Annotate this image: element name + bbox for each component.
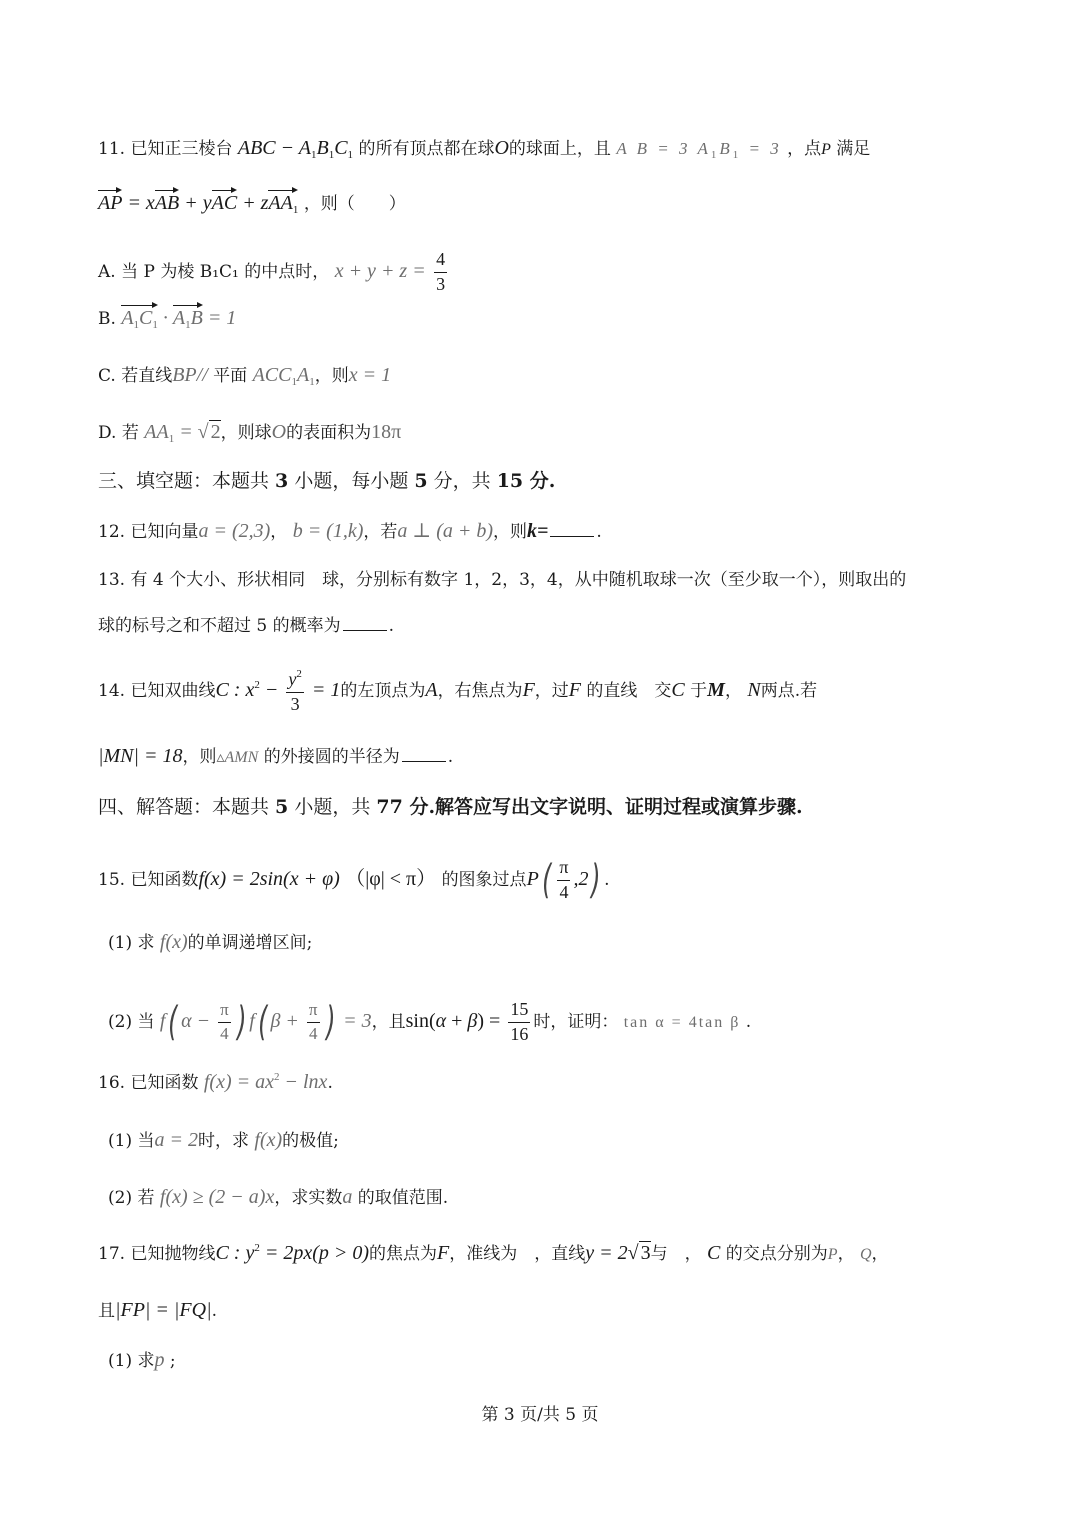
math: a = (2,3) (198, 520, 270, 542)
length-condition: A B = 3 A1B1 = 3 (616, 139, 781, 158)
question-number: 14. (98, 681, 125, 701)
question-11-stem: 11. 已知正三棱台 ABC − A1B1C1 的所有顶点都在球O的球面上，且 … (98, 138, 870, 161)
math: f(x) = 2sin(x + φ) (198, 868, 339, 890)
text: 两点.若 (761, 681, 817, 701)
text: . (604, 870, 609, 890)
math: f(x) ≥ (2 − a)x (160, 1186, 274, 1208)
math: f(x) (254, 1129, 282, 1151)
part-label: (1) (108, 933, 132, 953)
math: |FP| = |FQ| (115, 1299, 212, 1321)
question-12: 12. 已知向量a = (2,3)， b = (1,k)，若a ⊥ (a + b… (98, 521, 602, 541)
text: 求 (138, 1351, 155, 1371)
question-13-line-1: 13. 有 4 个大小、形状相同 球，分别标有数字 1，2，3，4，从中随机取球… (98, 572, 906, 589)
question-number: 12. (98, 522, 125, 542)
math: f(α − π4)f(β + π4) = 3 (160, 1010, 372, 1032)
text: 已知向量 (130, 522, 198, 542)
line-equation: y = 2√3 (585, 1241, 650, 1264)
option-label: D. (98, 423, 116, 443)
total: 15 (497, 470, 523, 492)
point-math: P(π4,2) (527, 868, 605, 890)
question-13-line-2: 球的标号之和不超过 5 的概率为. (98, 618, 394, 635)
math: p (155, 1349, 165, 1371)
question-14-line-1: 14. 已知双曲线C : x2 − y23 = 1的左顶点为A，右焦点为F，过F… (98, 668, 817, 715)
math: N (747, 679, 760, 701)
question-16-part-2: (2) 若 f(x) ≥ (2 − a)x，求实数a 的取值范围. (108, 1187, 448, 1207)
math: f(x) (160, 931, 188, 953)
math: ACC1A1 (253, 364, 315, 386)
text: . (212, 1301, 217, 1321)
math: C (671, 679, 684, 701)
text: 的所有顶点都在球 (358, 139, 494, 159)
text: ，若 (363, 522, 397, 542)
text: 于 (690, 681, 707, 701)
option-label: C. (98, 366, 116, 386)
text: 小题，每小题 (288, 470, 414, 492)
math: M (707, 679, 725, 701)
hyperbola-equation: C : x2 − y23 = 1 (215, 679, 340, 701)
text: 的交点分别为 (726, 1244, 828, 1264)
math: F (569, 679, 581, 701)
section-4-heading: 四、解答题：本题共 5 小题，共 77 分.解答应写出文字说明、证明过程或演算步… (98, 798, 803, 817)
question-number: 11. (98, 139, 125, 159)
text: 求 (138, 933, 155, 953)
text: 若 (122, 423, 139, 443)
text: 的表面积为 (286, 423, 371, 443)
count: 3 (275, 470, 288, 492)
text: ，则 (183, 747, 217, 767)
text: 的左顶点为 (340, 681, 425, 701)
text: 已知正三棱台 (130, 139, 232, 159)
math: a = 2 (155, 1129, 199, 1151)
math: ▵AMN (217, 749, 259, 766)
part-label: (1) (108, 1131, 132, 1151)
option-text: 当 P 为棱 B₁C₁ 的中点时， (121, 262, 329, 282)
math: F (523, 679, 535, 701)
question-15-part-1: (1) 求 f(x)的单调递增区间; (108, 932, 312, 952)
math: f(x) = ax2 − lnx (204, 1071, 328, 1093)
text: 三、填空题：本题共 (98, 470, 275, 492)
text: 若直线 (121, 366, 172, 386)
question-11-vector-equation: AP = xAB + yAC + zAA1 ，则（ ） (98, 193, 406, 216)
part-label: (1) (108, 1351, 132, 1371)
option-label: A. (98, 262, 116, 282)
math: tan α = 4tan β (624, 1014, 741, 1031)
text: . (448, 747, 453, 767)
text: 满足 (836, 139, 870, 159)
text: . (389, 616, 394, 636)
math: x = 1 (349, 364, 391, 386)
text: 已知函数 (130, 1073, 198, 1093)
fraction: 43 (434, 250, 447, 295)
text: ，则球 (221, 423, 272, 443)
text: 的极值; (282, 1131, 339, 1151)
answer-blank[interactable] (550, 536, 594, 537)
text: 平面 (213, 366, 247, 386)
text: 分. (523, 470, 555, 492)
text: ，求实数 (274, 1188, 342, 1208)
math: x + y + z = (335, 260, 426, 282)
math: C (707, 1242, 720, 1264)
section-3-heading: 三、填空题：本题共 3 小题，每小题 5 分，共 15 分. (98, 472, 555, 491)
question-17-line-1: 17. 已知抛物线C : y2 = 2px(p > 0)的焦点为F，准线为 ，直… (98, 1243, 889, 1263)
page-footer: 第 3 页/共 5 页 (0, 1400, 1080, 1425)
math: sin(α + β) = 1516 (406, 1010, 534, 1032)
text: . (327, 1073, 332, 1093)
math: A (425, 679, 437, 701)
math: Q (860, 1246, 872, 1263)
text: ，准线为 ，直线 (449, 1244, 585, 1264)
frustum-formula: ABC − A1B1C1 (238, 137, 353, 159)
option-c[interactable]: C. 若直线BP// 平面 ACC1A1，则x = 1 (98, 365, 391, 388)
numerator: 4 (434, 250, 447, 273)
text: 的球面上，且 (509, 139, 611, 159)
math: 18π (371, 421, 401, 443)
text: 时，证明： (533, 1012, 618, 1032)
part-label: (2) (108, 1012, 132, 1032)
question-15-part-2: (2) 当 f(α − π4)f(β + π4) = 3，且sin(α + β)… (108, 1000, 751, 1045)
text: 已知函数 (130, 870, 198, 890)
question-number: 15. (98, 870, 125, 890)
text: 四、解答题：本题共 (98, 796, 275, 818)
question-17-line-2: 且|FP| = |FQ|. (98, 1300, 217, 1320)
math: P (828, 1246, 838, 1263)
text: ，过 (535, 681, 569, 701)
question-16-part-1: (1) 当a = 2时，求 f(x)的极值; (108, 1130, 339, 1150)
question-15: 15. 已知函数f(x) = 2sin(x + φ) （|φ| < π） 的图象… (98, 858, 610, 903)
text: 的单调递增区间; (188, 933, 313, 953)
text: 若 (138, 1188, 155, 1208)
text: ，右焦点为 (438, 681, 523, 701)
total: 77 (376, 796, 402, 818)
option-d[interactable]: D. 若 AA1 = √2，则球O的表面积为18π (98, 422, 401, 445)
text: 的图象过点 (442, 870, 527, 890)
math: AA1 = √2 (144, 421, 220, 443)
math: BP// (172, 364, 208, 386)
question-17-part-1: (1) 求p ; (108, 1350, 176, 1370)
option-a[interactable]: A. 当 P 为棱 B₁C₁ 的中点时， x + y + z = 43 (98, 250, 450, 295)
text: ，则 (315, 366, 349, 386)
text: 的外接圆的半径为 (264, 747, 400, 767)
text: 分.解答应写出文字说明、证明过程或演算步骤. (403, 796, 803, 818)
text: ，则 (493, 522, 527, 542)
text: 的取值范围. (358, 1188, 448, 1208)
text: 的直线 交 (586, 681, 671, 701)
parabola-equation: C : y2 = 2px(p > 0) (215, 1242, 369, 1264)
question-16: 16. 已知函数 f(x) = ax2 − lnx. (98, 1072, 333, 1092)
text: 已知抛物线 (130, 1244, 215, 1264)
part-label: (2) (108, 1188, 132, 1208)
math: a ⊥ (a + b) (397, 520, 493, 542)
text: 与 ， (651, 1244, 702, 1264)
answer-blank[interactable] (343, 630, 387, 631)
points: 5 (414, 470, 427, 492)
text: 当 (138, 1131, 155, 1151)
math: O (272, 421, 286, 443)
text: 当 (138, 1012, 155, 1032)
option-math: A1C1 · A1B = 1 (121, 307, 236, 329)
math: k= (527, 520, 548, 542)
text: . (746, 1012, 751, 1032)
math: b = (1,k) (293, 520, 364, 542)
text: ，点 (787, 139, 821, 159)
math: F (437, 1242, 449, 1264)
math: O (494, 137, 508, 159)
text: . (596, 522, 601, 542)
math: a (342, 1186, 352, 1208)
question-number: 17. (98, 1244, 125, 1264)
answer-blank[interactable] (402, 761, 446, 762)
text: 分，共 (428, 470, 497, 492)
count: 5 (275, 796, 288, 818)
option-label: B. (98, 309, 116, 329)
math: （|φ| < π） (345, 868, 436, 890)
denominator: 3 (436, 273, 445, 295)
vector-equation: AP = xAB + yAC + zAA1 (98, 192, 298, 214)
math: P (821, 141, 831, 158)
option-b[interactable]: B. A1C1 · A1B = 1 (98, 308, 236, 331)
text: ，且 (372, 1012, 406, 1032)
question-number: 16. (98, 1073, 125, 1093)
text: 小题，共 (288, 796, 376, 818)
text: 且 (98, 1301, 115, 1321)
text: ，则（ ） (304, 194, 406, 214)
math: |MN| = 18 (98, 745, 183, 767)
text: 的焦点为 (369, 1244, 437, 1264)
text: ; (170, 1351, 176, 1371)
text: 球的标号之和不超过 5 的概率为 (98, 616, 341, 636)
question-14-line-2: |MN| = 18，则▵AMN 的外接圆的半径为. (98, 746, 453, 766)
text: 时，求 (198, 1131, 249, 1151)
text: 已知双曲线 (130, 681, 215, 701)
